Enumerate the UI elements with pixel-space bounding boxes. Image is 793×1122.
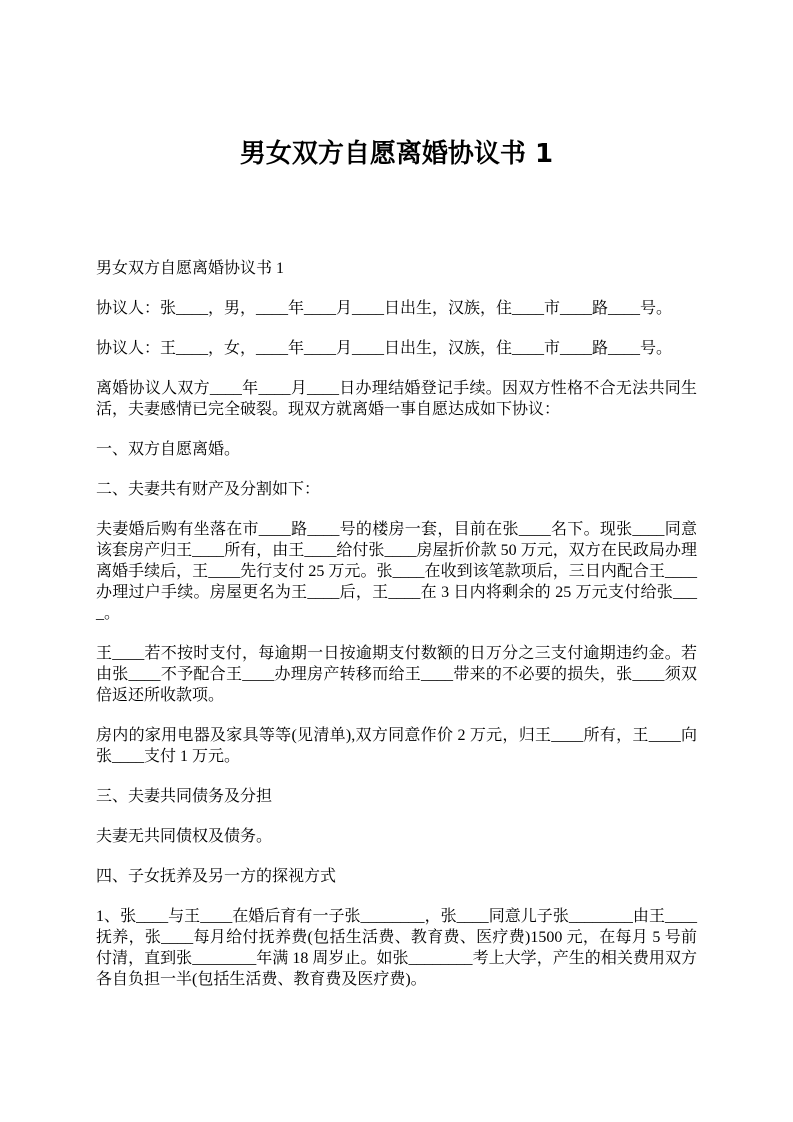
preamble-paragraph: 离婚协议人双方____年____月____日办理结婚登记手续。因双方性格不合无法…	[96, 378, 697, 420]
party-a-line: 协议人：张____，男，____年____月____日出生，汉族，住____市_…	[96, 298, 697, 319]
document-page: 男女双方自愿离婚协议书 1 男女双方自愿离婚协议书 1 协议人：张____，男，…	[0, 0, 793, 1122]
doc-subtitle-line: 男女双方自愿离婚协议书 1	[96, 258, 697, 279]
clause-3-heading: 三、夫妻共同债务及分担	[96, 786, 697, 807]
clause-2-heading: 二、夫妻共有财产及分割如下：	[96, 479, 697, 500]
appliances-division-paragraph: 房内的家用电器及家具等等(见清单),双方同意作价 2 万元，归王____所有，王…	[96, 725, 697, 767]
party-b-line: 协议人：王____，女，____年____月____日出生，汉族，住____市_…	[96, 338, 697, 359]
document-title: 男女双方自愿离婚协议书 1	[96, 136, 697, 172]
late-payment-penalty-paragraph: 王____若不按时支付，每逾期一日按逾期支付数额的日万分之三支付逾期违约金。若由…	[96, 643, 697, 706]
clause-1-voluntary-divorce: 一、双方自愿离婚。	[96, 439, 697, 460]
child-custody-paragraph: 1、张____与王____在婚后育有一子张________，张____同意儿子张…	[96, 906, 697, 990]
debts-statement: 夫妻无共同债权及债务。	[96, 826, 697, 847]
clause-4-heading: 四、子女抚养及另一方的探视方式	[96, 866, 697, 887]
house-division-paragraph: 夫妻婚后购有坐落在市____路____号的楼房一套，目前在张____名下。现张_…	[96, 519, 697, 624]
